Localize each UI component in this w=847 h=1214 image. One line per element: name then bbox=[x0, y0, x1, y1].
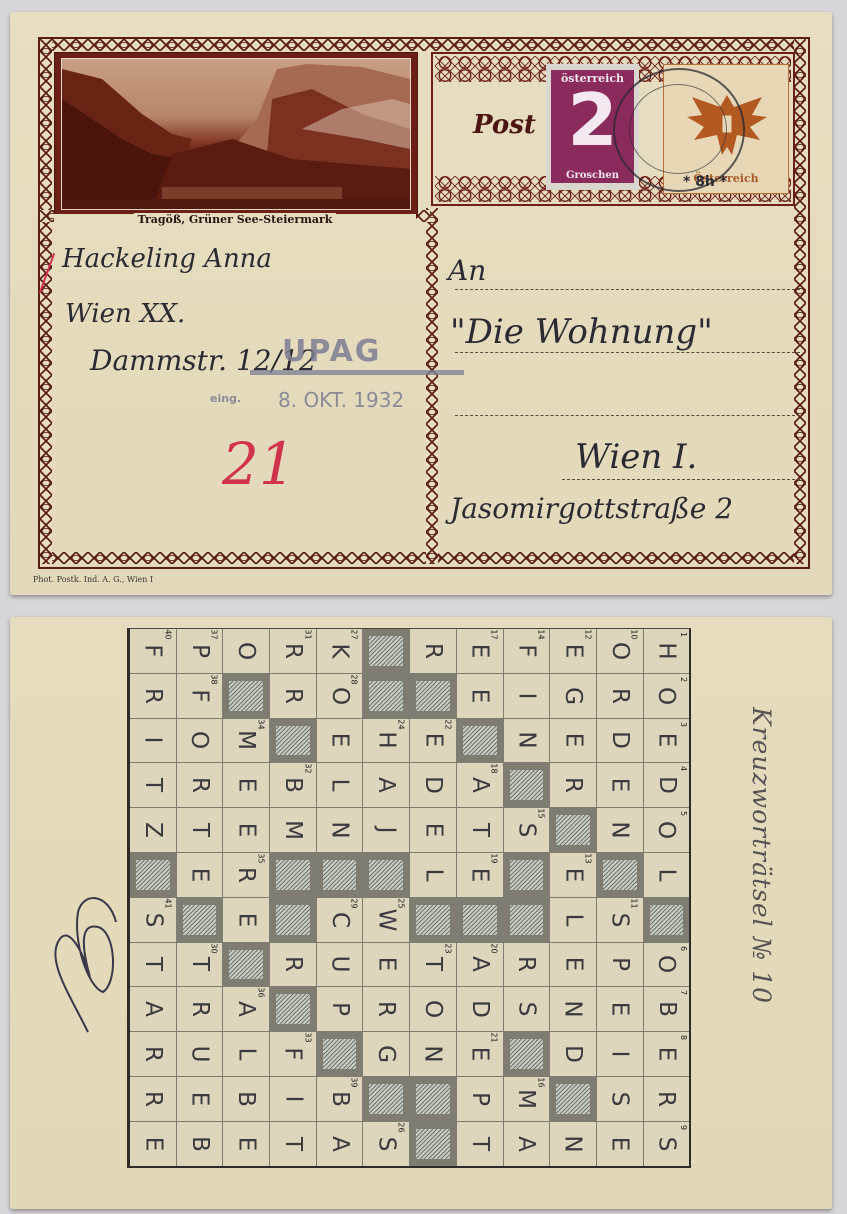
crossword-cell-shaded bbox=[363, 1077, 409, 1121]
cell-letter: J bbox=[373, 827, 399, 834]
cell-letter: G bbox=[560, 687, 586, 705]
cell-number: 16 bbox=[537, 1077, 546, 1087]
crossword-cell: R bbox=[270, 674, 316, 718]
crossword-cell: M16 bbox=[504, 1077, 550, 1121]
address-line-1 bbox=[455, 289, 800, 290]
crossword-cell: S bbox=[597, 1077, 643, 1121]
cell-letter: E bbox=[420, 733, 446, 748]
cell-number: 31 bbox=[303, 629, 312, 639]
postmark-time: * 8h * bbox=[683, 174, 727, 190]
cell-number: 5 bbox=[679, 811, 688, 816]
crossword-cell: D bbox=[457, 987, 503, 1031]
crossword-cell: E21 bbox=[457, 1032, 503, 1076]
crossword-cell: O10 bbox=[597, 629, 643, 673]
cell-number: 27 bbox=[350, 629, 359, 639]
crossword-cell: C29 bbox=[317, 898, 363, 942]
sender-name: Hackeling Anna bbox=[62, 244, 272, 274]
crossword-cell-shaded bbox=[317, 853, 363, 897]
cell-letter: E bbox=[187, 1092, 213, 1107]
cell-letter: E bbox=[560, 644, 586, 659]
cell-letter: N bbox=[607, 821, 633, 838]
crossword-cell-shaded bbox=[457, 898, 503, 942]
crossword-cell: E17 bbox=[457, 629, 503, 673]
cell-number: 38 bbox=[210, 674, 219, 684]
address-line-3 bbox=[455, 415, 800, 416]
crossword-cell: J bbox=[363, 808, 409, 852]
crossword-cell: T30 bbox=[177, 943, 223, 987]
cell-letter: R bbox=[280, 956, 306, 972]
crossword-cell: N bbox=[317, 808, 363, 852]
crossword-cell: F14 bbox=[504, 629, 550, 673]
postcard-back: F40P37OR31K27RE17F14E12O10H1RF38RO28EIGR… bbox=[10, 617, 832, 1209]
crossword-cell-shaded bbox=[363, 853, 409, 897]
cell-letter: A bbox=[513, 1136, 539, 1152]
crossword-cell: R bbox=[177, 763, 223, 807]
crossword-cell: R bbox=[644, 1077, 690, 1121]
cell-letter: A bbox=[373, 777, 399, 793]
crossword-cell: E bbox=[130, 1122, 176, 1166]
cell-letter: L bbox=[560, 913, 586, 926]
cell-letter: T bbox=[140, 957, 166, 971]
post-label: Post bbox=[473, 110, 536, 140]
crossword-cell: N bbox=[550, 987, 596, 1031]
cell-letter: E bbox=[607, 778, 633, 793]
crossword-cell: S bbox=[504, 987, 550, 1031]
cell-letter: A bbox=[467, 777, 493, 793]
recipient-street: Jasomirgottstraße 2 bbox=[450, 492, 733, 525]
landscape-picture-frame bbox=[54, 52, 418, 216]
cell-number: 1 bbox=[679, 632, 688, 637]
receipt-stamp-bar bbox=[250, 370, 464, 375]
crossword-cell: S15 bbox=[504, 808, 550, 852]
crossword-cell: E3 bbox=[644, 719, 690, 763]
cell-number: 14 bbox=[537, 629, 546, 639]
crossword-cell-shaded bbox=[550, 808, 596, 852]
mountain-lake-icon bbox=[62, 59, 410, 209]
signature-scribble-icon bbox=[28, 882, 118, 1042]
cell-letter: R bbox=[420, 643, 446, 659]
cell-letter: E bbox=[607, 1002, 633, 1017]
crossword-cell-shaded bbox=[223, 674, 269, 718]
crossword-cell: N bbox=[597, 808, 643, 852]
crossword-cell: M34 bbox=[223, 719, 269, 763]
cell-number: 37 bbox=[210, 629, 219, 639]
cell-letter: M bbox=[233, 731, 259, 751]
crossword-cell-shaded bbox=[410, 674, 456, 718]
cell-letter: E bbox=[560, 957, 586, 972]
crossword-cell: I bbox=[130, 719, 176, 763]
cell-letter: E bbox=[653, 733, 679, 748]
crossword-cell: A bbox=[363, 763, 409, 807]
stamp-currency: Groschen bbox=[551, 170, 634, 181]
cell-letter: S bbox=[513, 1002, 539, 1017]
crossword-cell: U bbox=[317, 943, 363, 987]
crossword-cell: E bbox=[457, 674, 503, 718]
crossword-cell: L bbox=[644, 853, 690, 897]
cell-letter: E bbox=[560, 733, 586, 748]
cell-letter: S bbox=[653, 1136, 679, 1151]
cell-letter: B bbox=[233, 1091, 259, 1107]
cell-letter: D bbox=[653, 776, 679, 794]
crossword-cell: S11 bbox=[597, 898, 643, 942]
crossword-cell: F40 bbox=[130, 629, 176, 673]
cell-letter: E bbox=[373, 957, 399, 972]
cell-letter: S bbox=[373, 1136, 399, 1151]
crossword-cell: S41 bbox=[130, 898, 176, 942]
cell-letter: N bbox=[560, 1135, 586, 1152]
cell-letter: E bbox=[607, 1136, 633, 1151]
cell-number: 17 bbox=[490, 629, 499, 639]
cell-letter: R bbox=[140, 688, 166, 704]
crossword-cell: T bbox=[177, 808, 223, 852]
cell-letter: S bbox=[607, 912, 633, 927]
cell-letter: E bbox=[467, 688, 493, 703]
crossword-cell: B bbox=[177, 1122, 223, 1166]
crossword-cell: P bbox=[317, 987, 363, 1031]
crossword-cell: R bbox=[270, 943, 316, 987]
crossword-cell: S9 bbox=[644, 1122, 690, 1166]
receipt-stamp-date: 8. OKT. 1932 bbox=[278, 388, 404, 412]
cell-letter: O bbox=[233, 642, 259, 660]
cell-letter: A bbox=[467, 957, 493, 973]
cell-letter: T bbox=[280, 1137, 306, 1151]
crossword-cell: L bbox=[550, 898, 596, 942]
cell-letter: E bbox=[467, 644, 493, 659]
crossword-cell: W25 bbox=[363, 898, 409, 942]
crossword-cell: P37 bbox=[177, 629, 223, 673]
cell-letter: R bbox=[280, 688, 306, 704]
crossword-cell: E bbox=[363, 943, 409, 987]
recipient-city: Wien I. bbox=[575, 437, 697, 477]
cell-letter: M bbox=[280, 820, 306, 840]
crossword-cell-shaded bbox=[270, 987, 316, 1031]
crossword-cell-shaded bbox=[504, 763, 550, 807]
cell-letter: L bbox=[653, 868, 679, 881]
cell-letter: T bbox=[187, 823, 213, 837]
crossword-cell-shaded bbox=[223, 943, 269, 987]
crossword-cell: E bbox=[597, 1122, 643, 1166]
cell-number: 11 bbox=[630, 898, 639, 908]
crossword-cell: R bbox=[597, 674, 643, 718]
crossword-grid: F40P37OR31K27RE17F14E12O10H1RF38RO28EIGR… bbox=[127, 628, 691, 1168]
cell-letter: E bbox=[467, 1047, 493, 1062]
crossword-cell-shaded bbox=[363, 629, 409, 673]
crossword-cell: L bbox=[223, 1032, 269, 1076]
cell-letter: D bbox=[607, 732, 633, 750]
crossword-cell: E bbox=[223, 1122, 269, 1166]
crossword-cell: E bbox=[317, 719, 363, 763]
sender-district: Wien XX. bbox=[65, 299, 185, 329]
recipient-name: "Die Wohnung" bbox=[450, 312, 713, 352]
cell-number: 3 bbox=[679, 722, 688, 727]
crossword-cell: G bbox=[363, 1032, 409, 1076]
cell-number: 39 bbox=[350, 1077, 359, 1087]
cell-letter: E bbox=[327, 733, 353, 748]
crossword-cell: E bbox=[550, 719, 596, 763]
crossword-cell: E bbox=[177, 853, 223, 897]
cell-letter: L bbox=[233, 1048, 259, 1061]
cell-letter: P bbox=[607, 958, 633, 972]
crossword-cell: P bbox=[597, 943, 643, 987]
cell-letter: L bbox=[327, 779, 353, 792]
cell-letter: E bbox=[140, 1136, 166, 1151]
receipt-stamp-brand: UPAG bbox=[282, 334, 381, 369]
cell-letter: R bbox=[560, 777, 586, 793]
crossword-cell: O bbox=[410, 987, 456, 1031]
cell-letter: N bbox=[560, 1001, 586, 1018]
crossword-cell: P bbox=[457, 1077, 503, 1121]
crossword-cell: T bbox=[457, 1122, 503, 1166]
crossword-cell: E bbox=[410, 808, 456, 852]
cell-letter: O bbox=[653, 687, 679, 705]
cell-letter: O bbox=[653, 955, 679, 973]
cell-letter: E bbox=[233, 912, 259, 927]
cell-letter: P bbox=[467, 1092, 493, 1106]
crossword-cell: I bbox=[504, 674, 550, 718]
cell-number: 22 bbox=[443, 719, 452, 729]
crossword-cell: R bbox=[177, 987, 223, 1031]
cell-letter: T bbox=[140, 778, 166, 792]
cell-number: 30 bbox=[210, 943, 219, 953]
cell-letter: N bbox=[327, 821, 353, 838]
crossword-cell: E bbox=[597, 763, 643, 807]
crossword-cell: H1 bbox=[644, 629, 690, 673]
cell-letter: D bbox=[420, 776, 446, 794]
crossword-cell-shaded bbox=[504, 853, 550, 897]
cell-letter: O bbox=[187, 731, 213, 749]
crossword-cell: E22 bbox=[410, 719, 456, 763]
crossword-cell: D4 bbox=[644, 763, 690, 807]
cell-number: 26 bbox=[397, 1122, 406, 1132]
crossword-cell-shaded bbox=[270, 853, 316, 897]
recipient-salutation: An bbox=[448, 254, 486, 287]
crossword-cell: T bbox=[130, 943, 176, 987]
postmark-inner-ring bbox=[629, 84, 727, 174]
crossword-cell: E bbox=[223, 763, 269, 807]
crossword-cell: R bbox=[550, 763, 596, 807]
crossword-cell: G bbox=[550, 674, 596, 718]
cell-letter: P bbox=[187, 644, 213, 658]
receipt-stamp-label: eing. bbox=[210, 392, 241, 405]
crossword-cell: E8 bbox=[644, 1032, 690, 1076]
ornament-border-top bbox=[40, 39, 806, 51]
cell-letter: B bbox=[653, 1001, 679, 1017]
cell-letter: W bbox=[373, 908, 399, 931]
cell-letter: O bbox=[420, 1000, 446, 1018]
cell-number: 34 bbox=[256, 719, 265, 729]
cell-letter: T bbox=[420, 957, 446, 971]
cell-number: 21 bbox=[490, 1033, 499, 1043]
crossword-cell: H24 bbox=[363, 719, 409, 763]
cell-number: 24 bbox=[397, 719, 406, 729]
crossword-cell-shaded bbox=[457, 719, 503, 763]
crossword-cell: K27 bbox=[317, 629, 363, 673]
crossword-cell: A20 bbox=[457, 943, 503, 987]
crossword-cell: R bbox=[130, 1077, 176, 1121]
crossword-cell-shaded bbox=[550, 1077, 596, 1121]
crossword-cell: Z bbox=[130, 808, 176, 852]
crossword-cell: N bbox=[504, 719, 550, 763]
crossword-cell: O bbox=[177, 719, 223, 763]
crossword-cell: S26 bbox=[363, 1122, 409, 1166]
crossword-cell: F33 bbox=[270, 1032, 316, 1076]
cell-letter: R bbox=[280, 643, 306, 659]
cell-letter: A bbox=[140, 1001, 166, 1017]
crossword-cell-shaded bbox=[504, 1032, 550, 1076]
cell-letter: R bbox=[140, 1046, 166, 1062]
cell-letter: E bbox=[467, 868, 493, 883]
cell-letter: D bbox=[560, 1045, 586, 1063]
crossword-cell: B39 bbox=[317, 1077, 363, 1121]
crossword-cell: A bbox=[317, 1122, 363, 1166]
crossword-cell: O bbox=[223, 629, 269, 673]
crossword-cell: T bbox=[130, 763, 176, 807]
crossword-cell: E bbox=[223, 808, 269, 852]
crossword-cell: A18 bbox=[457, 763, 503, 807]
postcard-front: Tragöß, Grüner See-Steiermark Post öster… bbox=[10, 12, 832, 595]
cell-number: 32 bbox=[303, 764, 312, 774]
crossword-cell: E bbox=[550, 943, 596, 987]
cell-letter: R bbox=[187, 777, 213, 793]
address-line-2 bbox=[455, 352, 800, 353]
cell-number: 6 bbox=[679, 946, 688, 951]
cell-letter: C bbox=[327, 912, 353, 928]
crossword-cell-shaded bbox=[270, 719, 316, 763]
crossword-cell: F38 bbox=[177, 674, 223, 718]
cell-letter: E bbox=[187, 868, 213, 883]
crossword-cell: L bbox=[317, 763, 363, 807]
crossword-cell-shaded bbox=[644, 898, 690, 942]
cell-number: 19 bbox=[490, 853, 499, 863]
crossword-cell: R35 bbox=[223, 853, 269, 897]
crossword-cell: I bbox=[270, 1077, 316, 1121]
crossword-cell: B bbox=[223, 1077, 269, 1121]
cell-letter: E bbox=[233, 823, 259, 838]
crossword-cell-shaded bbox=[410, 1077, 456, 1121]
cell-number: 4 bbox=[679, 766, 688, 771]
cell-number: 23 bbox=[443, 943, 452, 953]
cell-number: 33 bbox=[303, 1033, 312, 1043]
crossword-cell: O6 bbox=[644, 943, 690, 987]
cell-letter: T bbox=[467, 1137, 493, 1151]
cell-letter: S bbox=[513, 823, 539, 838]
crossword-cell-shaded bbox=[410, 1122, 456, 1166]
cell-number: 10 bbox=[630, 629, 639, 639]
cell-letter: Z bbox=[140, 822, 166, 838]
crossword-cell: T23 bbox=[410, 943, 456, 987]
crossword-cell: B32 bbox=[270, 763, 316, 807]
crossword-cell: N bbox=[550, 1122, 596, 1166]
crossword-cell: A bbox=[130, 987, 176, 1031]
cell-letter: E bbox=[233, 1136, 259, 1151]
cell-letter: R bbox=[607, 688, 633, 704]
stamp-panel: Post österreich 2 Groschen Österreich * … bbox=[431, 52, 795, 206]
cell-letter: L bbox=[420, 868, 446, 881]
ornament-border-bottom bbox=[40, 552, 806, 564]
cell-number: 8 bbox=[679, 1035, 688, 1040]
picture-caption: Tragöß, Grüner See-Steiermark bbox=[54, 214, 416, 226]
cell-letter: F bbox=[280, 1047, 306, 1060]
cell-number: 36 bbox=[256, 988, 265, 998]
ornament-border-right bbox=[794, 39, 806, 564]
cell-letter: E bbox=[653, 1047, 679, 1062]
cell-letter: R bbox=[653, 1091, 679, 1107]
cell-letter: E bbox=[233, 778, 259, 793]
cell-letter: F bbox=[513, 644, 539, 657]
cell-number: 41 bbox=[163, 898, 172, 908]
cell-letter: P bbox=[327, 1002, 353, 1016]
crossword-cell: M bbox=[270, 808, 316, 852]
cell-number: 18 bbox=[490, 764, 499, 774]
cell-letter: I bbox=[513, 692, 539, 699]
crossword-cell: O2 bbox=[644, 674, 690, 718]
crossword-cell-shaded bbox=[177, 898, 223, 942]
crossword-cell-shaded bbox=[410, 898, 456, 942]
crossword-cell: E bbox=[223, 898, 269, 942]
cell-number: 15 bbox=[537, 809, 546, 819]
crossword-cell-shaded bbox=[363, 674, 409, 718]
cell-number: 28 bbox=[350, 674, 359, 684]
crossword-cell: D bbox=[597, 719, 643, 763]
cell-letter: G bbox=[373, 1045, 399, 1063]
crossword-cell: E19 bbox=[457, 853, 503, 897]
cell-letter: R bbox=[233, 867, 259, 883]
crossword-cell-shaded bbox=[270, 898, 316, 942]
cell-letter: E bbox=[420, 823, 446, 838]
cell-letter: N bbox=[420, 1045, 446, 1062]
cell-letter: I bbox=[607, 1051, 633, 1058]
cell-letter: R bbox=[513, 956, 539, 972]
cell-number: 40 bbox=[163, 629, 172, 639]
cell-letter: B bbox=[187, 1136, 213, 1152]
crossword-cell-shaded bbox=[317, 1032, 363, 1076]
cell-letter: I bbox=[140, 737, 166, 744]
cell-letter: T bbox=[187, 957, 213, 971]
cell-number: 35 bbox=[256, 853, 265, 863]
crossword-cell: D bbox=[550, 1032, 596, 1076]
cell-letter: H bbox=[653, 642, 679, 659]
crossword-cell: D bbox=[410, 763, 456, 807]
crossword-cell: E12 bbox=[550, 629, 596, 673]
cell-letter: R bbox=[373, 1001, 399, 1017]
cell-letter: O bbox=[327, 687, 353, 705]
crossword-cell: O28 bbox=[317, 674, 363, 718]
crossword-cell: E bbox=[597, 987, 643, 1031]
crossword-cell: B7 bbox=[644, 987, 690, 1031]
ornament-border-left bbox=[40, 39, 52, 564]
cell-letter: A bbox=[233, 1001, 259, 1017]
crossword-cell: T bbox=[270, 1122, 316, 1166]
crossword-cell: L bbox=[410, 853, 456, 897]
cell-letter: O bbox=[607, 642, 633, 660]
crossword-cell: N bbox=[410, 1032, 456, 1076]
ornament-divider bbox=[426, 208, 438, 564]
publisher-imprint: Phot. Postk. Ind. A. G., Wien I bbox=[33, 575, 153, 584]
cell-number: 25 bbox=[397, 898, 406, 908]
cell-letter: E bbox=[560, 868, 586, 883]
cell-letter: M bbox=[513, 1089, 539, 1109]
crossword-cell-shaded bbox=[504, 898, 550, 942]
crossword-cell: E13 bbox=[550, 853, 596, 897]
crossword-cell: T bbox=[457, 808, 503, 852]
cell-letter: U bbox=[187, 1046, 213, 1063]
cell-letter: H bbox=[373, 732, 399, 749]
cell-number: 12 bbox=[583, 629, 592, 639]
cell-letter: D bbox=[467, 1000, 493, 1018]
cell-letter: S bbox=[140, 912, 166, 927]
crossword-cell: R bbox=[410, 629, 456, 673]
cell-number: 2 bbox=[679, 677, 688, 682]
